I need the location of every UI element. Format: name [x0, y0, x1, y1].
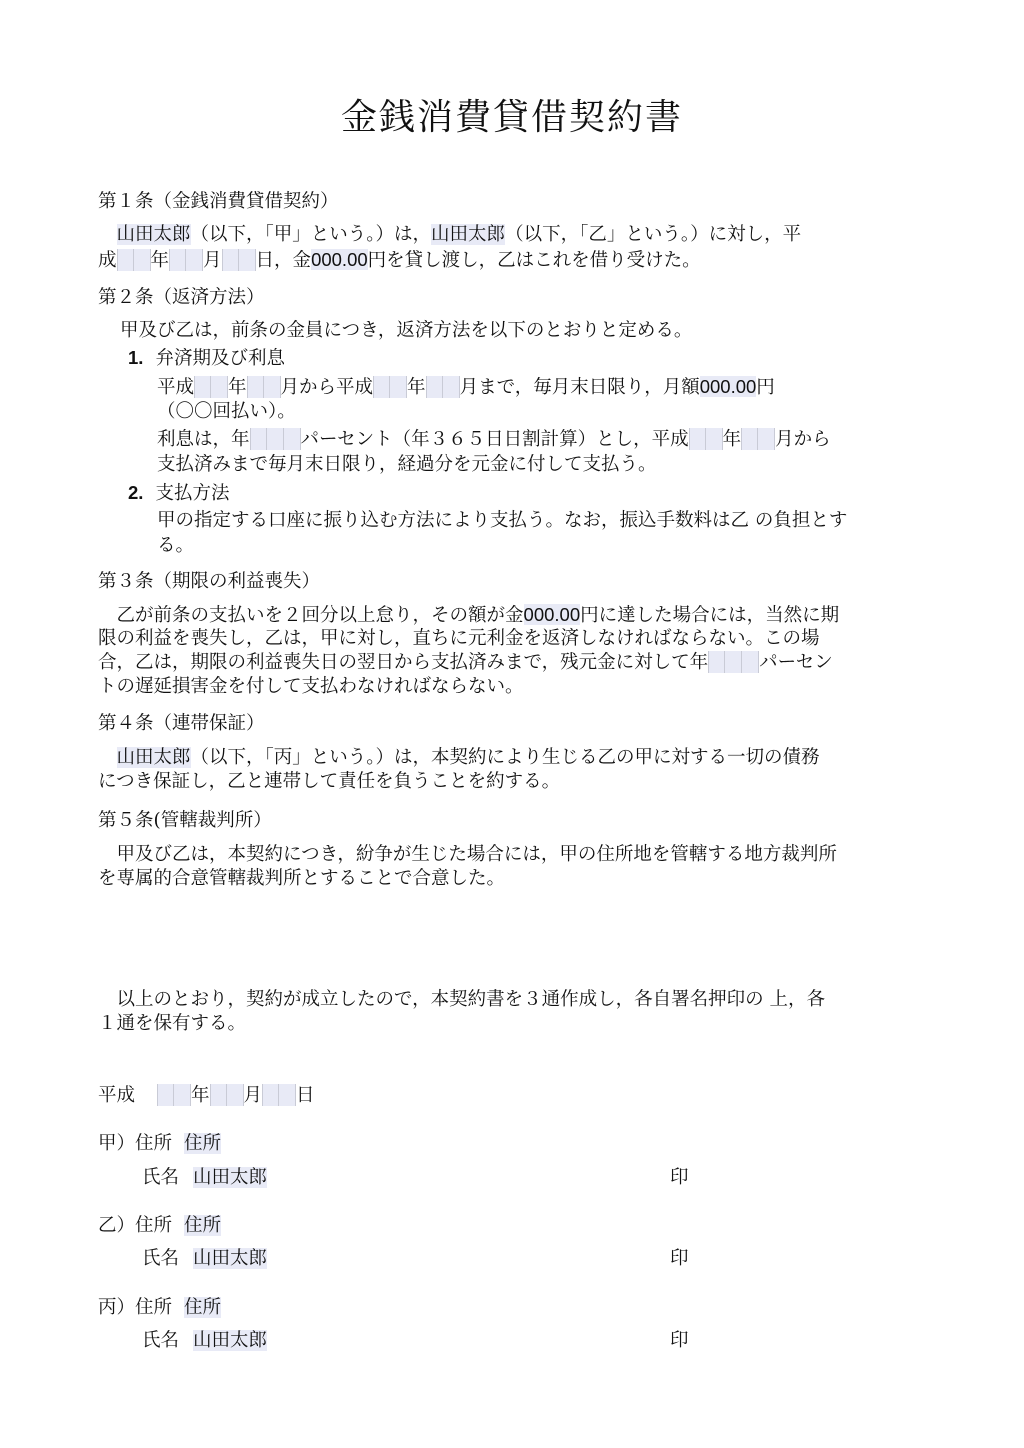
text: （以下，「甲」という。）は， [191, 224, 432, 245]
article-5-heading: 第５条(管轄裁判所） [98, 809, 272, 833]
article-4-line-2: につき保証し，乙と連帯して責任を負うことを約する。 [98, 770, 560, 794]
text: 成 [98, 250, 117, 271]
monthly-amount-field[interactable]: 000.00 [700, 376, 757, 397]
article-3-line-1: 乙が前条の支払いを２回分以上怠り，その額が金000.00円に達した場合には，当然… [98, 603, 839, 628]
year-field[interactable] [194, 376, 211, 398]
text: 弁済期及び利息 [155, 348, 285, 369]
article-3-line-3: 合，乙は，期限の利益喪失日の翌日から支払済みまで，残元金に対して年パーセン [98, 651, 833, 675]
text: 乙が前条の支払いを２回分以上怠り，その額が金 [117, 605, 524, 626]
text: 平成 [98, 1085, 135, 1106]
text: パーセン [759, 652, 833, 673]
item-1-line-3: 利息は，年パーセント（年３６５日日割計算）とし，平成年月から [157, 428, 831, 452]
penalty-rate-field[interactable] [708, 651, 725, 673]
article-3-line-4: トの遅延損害金を付して支払わなければならない。 [98, 675, 524, 699]
party-1-address-field[interactable]: 住所 [184, 1133, 221, 1154]
party-2-address-row: 乙）住所住所 [98, 1214, 221, 1238]
party-1-name-field[interactable]: 山田太郎 [193, 1167, 267, 1188]
item-1-heading: 1.弁済期及び利息 [128, 346, 285, 371]
text: 年 [151, 250, 170, 271]
text: 月まで，毎月末日限り，月額 [460, 377, 700, 398]
year-field[interactable] [390, 376, 407, 398]
day-field[interactable] [239, 249, 256, 271]
item-1-line-4: 支払済みまで毎月末日限り，経過分を元金に付して支払う。 [157, 453, 657, 477]
text: 以上のとおり，契約が成立したので，本契約書を３通作成し，各自署名押印の 上，各 [117, 989, 826, 1010]
item-number: 1. [128, 347, 143, 368]
text: 支払方法 [155, 483, 229, 504]
article-1-heading: 第１条（金銭消費貸借契約） [98, 190, 339, 214]
document-title: 金銭消費貸借契約書 [0, 93, 1024, 143]
party-3-address-row: 丙）住所住所 [98, 1296, 221, 1320]
text: 乙）住所 [98, 1215, 172, 1236]
year-field[interactable] [373, 376, 390, 398]
text: 月から [775, 429, 831, 450]
year-field[interactable] [174, 1084, 191, 1106]
year-field[interactable] [211, 376, 228, 398]
text: 氏名 [142, 1167, 179, 1188]
month-field[interactable] [741, 428, 758, 450]
article-3-heading: 第３条（期限の利益喪失） [98, 570, 320, 594]
month-field[interactable] [758, 428, 775, 450]
text: 月 [244, 1085, 263, 1106]
party-2-seal: 印 [670, 1247, 689, 1271]
text: 平成 [157, 377, 194, 398]
party-2-address-field[interactable]: 住所 [184, 1215, 221, 1236]
party-2-name-field[interactable]: 山田太郎 [193, 1248, 267, 1269]
month-field[interactable] [443, 376, 460, 398]
text: 年 [407, 377, 426, 398]
article-4-heading: 第４条（連帯保証） [98, 712, 265, 736]
article-5-line-1: 甲及び乙は，本契約につき，紛争が生じた場合には，甲の住所地を管轄する地方裁判所 [98, 843, 837, 867]
text: 年 [723, 429, 742, 450]
item-number: 2. [128, 482, 143, 503]
article-1-line-1: 山田太郎（以下，「甲」という。）は，山田太郎（以下，「乙」という。）に対し，平 [98, 223, 801, 247]
text: 甲）住所 [98, 1133, 172, 1154]
day-field[interactable] [262, 1084, 279, 1106]
interest-rate-field[interactable] [250, 428, 267, 450]
text: パーセント（年３６５日日割計算）とし，平成 [301, 429, 689, 450]
party-3-address-field[interactable]: 住所 [184, 1297, 221, 1318]
text: 丙）住所 [98, 1297, 172, 1318]
article-5-line-2: を専属的合意管轄裁判所とすることで合意した。 [98, 867, 505, 891]
party-3-seal: 印 [670, 1329, 689, 1353]
party-3-name-row: 氏名山田太郎 [142, 1329, 267, 1353]
item-1-line-1: 平成年月から平成年月まで，毎月末日限り，月額000.00円 [157, 375, 775, 400]
party-2-name-row: 氏名山田太郎 [142, 1247, 267, 1271]
month-field[interactable] [247, 376, 264, 398]
year-field[interactable] [117, 249, 134, 271]
interest-rate-field[interactable] [267, 428, 284, 450]
party-1-seal: 印 [670, 1166, 689, 1190]
threshold-amount-field[interactable]: 000.00 [524, 604, 581, 625]
text: 甲及び乙は，本契約につき，紛争が生じた場合には，甲の住所地を管轄する地方裁判所 [117, 844, 837, 865]
month-field[interactable] [169, 249, 186, 271]
article-2-intro: 甲及び乙は，前条の金員につき，返済方法を以下のとおりと定める。 [120, 319, 692, 343]
item-2-heading: 2.支払方法 [128, 481, 229, 506]
month-field[interactable] [426, 376, 443, 398]
text: 利息は，年 [157, 429, 250, 450]
closing-line-1: 以上のとおり，契約が成立したので，本契約書を３通作成し，各自署名押印の 上，各 [98, 988, 825, 1012]
text: 年 [228, 377, 247, 398]
article-1-line-2: 成年月日，金000.00円を貸し渡し，乙はこれを借り受けた。 [98, 248, 701, 273]
month-field[interactable] [264, 376, 281, 398]
year-field[interactable] [157, 1084, 174, 1106]
text: 日，金 [256, 250, 312, 271]
text: 合，乙は，期限の利益喪失日の翌日から支払済みまで，残元金に対して年 [98, 652, 708, 673]
text: 年 [191, 1085, 210, 1106]
closing-line-2: １通を保有する。 [98, 1012, 246, 1036]
month-field[interactable] [210, 1084, 227, 1106]
text: （以下，「乙」という。）に対し，平 [505, 224, 801, 245]
text: 日 [296, 1085, 315, 1106]
penalty-rate-field[interactable] [725, 651, 742, 673]
text: （以下，「丙」という。）は，本契約により生じる乙の甲に対する一切の債務 [191, 747, 820, 768]
guarantor-name-field[interactable]: 山田太郎 [117, 747, 191, 768]
party-3-name-field[interactable]: 山田太郎 [193, 1330, 267, 1351]
article-4-line-1: 山田太郎（以下，「丙」という。）は，本契約により生じる乙の甲に対する一切の債務 [98, 746, 820, 770]
text: 円に達した場合には，当然に期 [580, 605, 839, 626]
contract-page: 金銭消費貸借契約書 第１条（金銭消費貸借契約） 山田太郎（以下，「甲」という。）… [0, 0, 1024, 1448]
text: 円を貸し渡し，乙はこれを借り受けた。 [368, 250, 701, 271]
day-field[interactable] [222, 249, 239, 271]
item-2-line-1: 甲の指定する口座に振り込む方法により支払う。なお，振込手数料は乙 の負担とす [157, 509, 847, 533]
item-1-line-2: （〇〇回払い）。 [157, 400, 296, 424]
article-2-heading: 第２条（返済方法） [98, 286, 265, 310]
year-field[interactable] [706, 428, 723, 450]
text: 月から平成 [281, 377, 374, 398]
text: 月 [203, 250, 222, 271]
month-field[interactable] [227, 1084, 244, 1106]
item-2-line-2: る。 [157, 534, 194, 558]
borrower-name-field[interactable]: 山田太郎 [431, 224, 505, 245]
text: 円 [756, 377, 775, 398]
contract-date: 平成年月日 [98, 1084, 315, 1108]
penalty-rate-field[interactable] [742, 651, 759, 673]
year-field[interactable] [689, 428, 706, 450]
month-field[interactable] [186, 249, 203, 271]
year-field[interactable] [134, 249, 151, 271]
party-1-name-row: 氏名山田太郎 [142, 1166, 267, 1190]
text: 氏名 [142, 1330, 179, 1351]
interest-rate-field[interactable] [284, 428, 301, 450]
party-1-address-row: 甲）住所住所 [98, 1132, 221, 1156]
article-3-line-2: 限の利益を喪失し，乙は，甲に対し，直ちに元利金を返済しなければならない。この場 [98, 627, 820, 651]
day-field[interactable] [279, 1084, 296, 1106]
text: 氏名 [142, 1248, 179, 1269]
lender-name-field[interactable]: 山田太郎 [117, 224, 191, 245]
loan-amount-field[interactable]: 000.00 [311, 249, 368, 270]
